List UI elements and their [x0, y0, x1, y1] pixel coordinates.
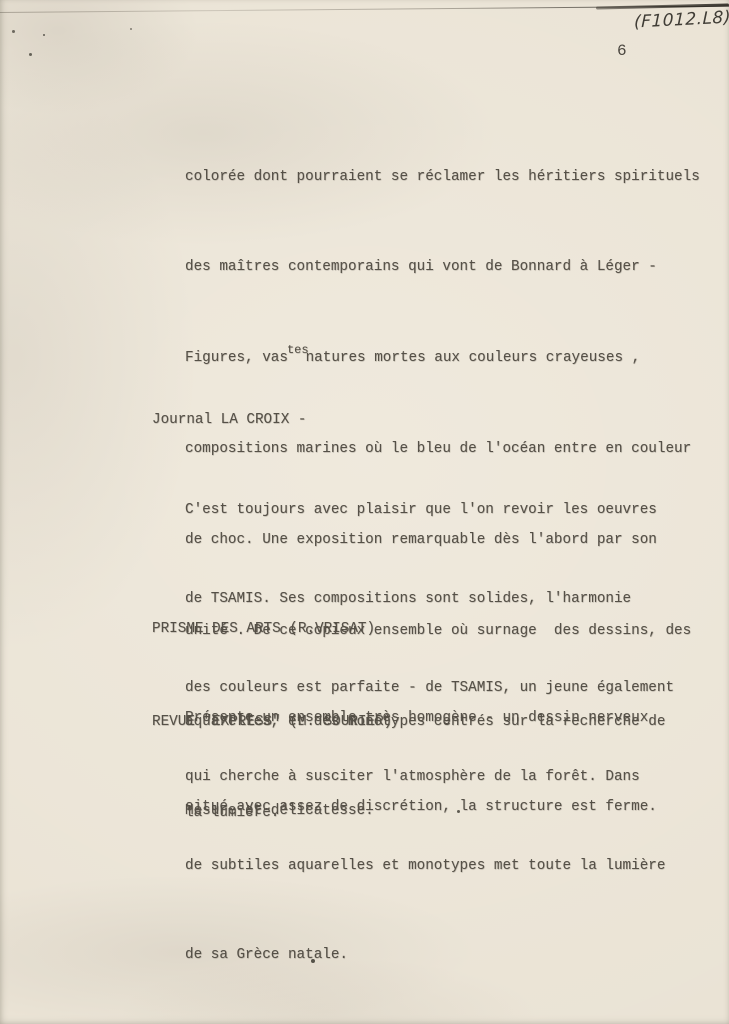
- ink-speck: [29, 53, 32, 56]
- scanned-typewritten-page: { "colors": { "paper": "#eae3d5", "typew…: [0, 0, 729, 1024]
- text-line: de sa Grèce natale.: [152, 941, 712, 971]
- text-line: des maîtres contemporains qui vont de Bo…: [152, 252, 712, 282]
- text-line: C'est toujours avec plaisir que l'on rev…: [152, 496, 712, 526]
- section-heading: PRISME DES ARTS (R.VRISAT): [152, 615, 712, 645]
- ink-speck: [130, 28, 132, 30]
- section-heading: Journal LA CROIX -: [152, 406, 712, 436]
- section-heading: REVUE "EXPRESS" (M. SOURIER): [152, 708, 712, 738]
- ink-speck: [12, 30, 15, 33]
- ink-speck: [43, 34, 45, 36]
- handwritten-annotation: (F1012.L8): [634, 7, 729, 32]
- text-line: Mesure et délicatesse.: [152, 797, 712, 827]
- page-number: 6: [617, 42, 627, 60]
- ink-speck: [311, 959, 315, 963]
- ink-speck: [457, 810, 460, 813]
- section-revue-express: REVUE "EXPRESS" (M. SOURIER) Mesure et d…: [152, 648, 712, 857]
- text-line: colorée dont pourraient se réclamer les …: [152, 162, 712, 192]
